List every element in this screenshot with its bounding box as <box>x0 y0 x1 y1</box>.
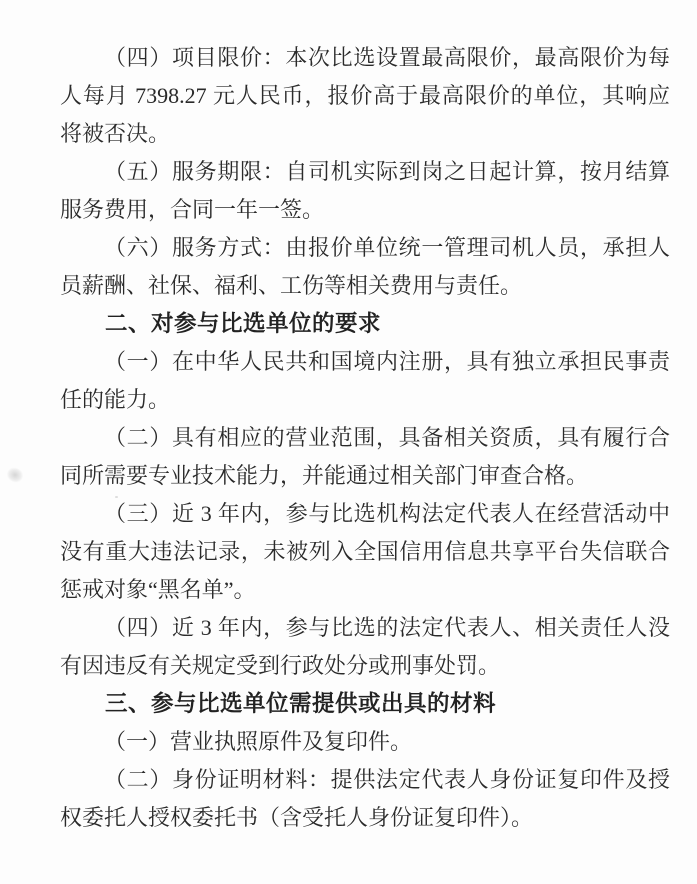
scan-smudge-artifact <box>5 465 25 484</box>
requirement-item3-no-violations: （三）近 3 年内，参与比选机构法定代表人在经营活动中没有重大违法记录，未被列入… <box>60 495 670 609</box>
requirement-item1-registration: （一）在中华人民共和国境内注册，具有独立承担民事责任的能力。 <box>60 343 670 419</box>
material-item1-business-license: （一）营业执照原件及复印件。 <box>60 723 670 761</box>
requirement-item4-no-penalties: （四）近 3 年内，参与比选的法定代表人、相关责任人没有因违反有关规定受到行政处… <box>60 609 670 685</box>
clause-item4-price-cap: （四）项目限价：本次比选设置最高限价，最高限价为每人每月 7398.27 元人民… <box>60 39 670 153</box>
clause-item6-service-mode: （六）服务方式：由报价单位统一管理司机人员，承担人员薪酬、社保、福利、工伤等相关… <box>60 229 670 305</box>
material-item2-identity-documents: （二）身份证明材料：提供法定代表人身份证复印件及授权委托人授权委托书（含受托人身… <box>60 761 670 837</box>
section-heading-3-required-materials: 三、参与比选单位需提供或出具的材料 <box>60 685 670 723</box>
section-heading-2-bidder-requirements: 二、对参与比选单位的要求 <box>60 305 670 343</box>
clause-item5-service-term: （五）服务期限：自司机实际到岗之日起计算，按月结算服务费用，合同一年一签。 <box>60 153 670 229</box>
requirement-item2-business-scope: （二）具有相应的营业范围，具备相关资质，具有履行合同所需要专业技术能力，并能通过… <box>60 419 670 495</box>
scanned-document-page: （四）项目限价：本次比选设置最高限价，最高限价为每人每月 7398.27 元人民… <box>0 0 697 884</box>
